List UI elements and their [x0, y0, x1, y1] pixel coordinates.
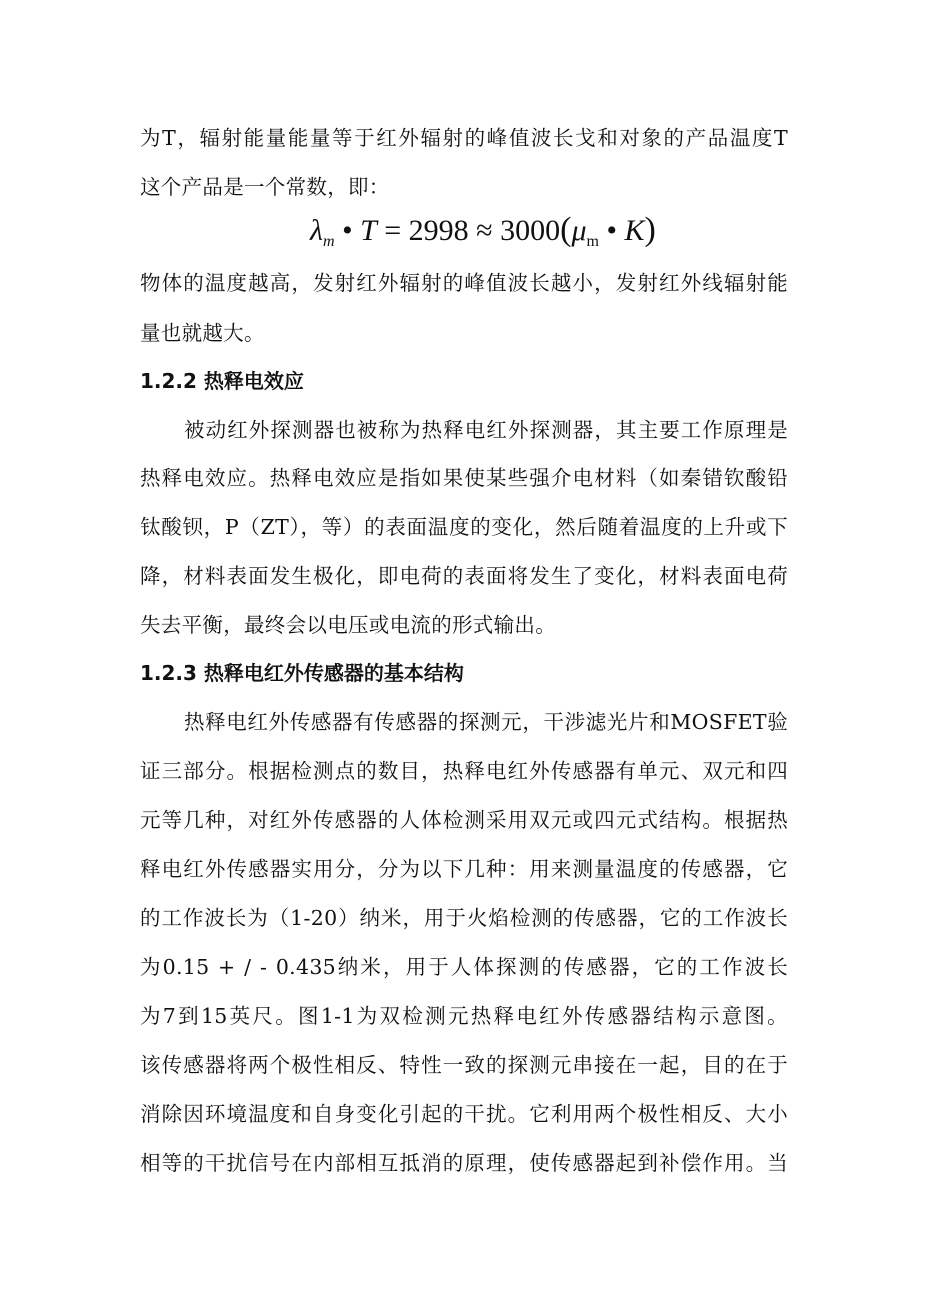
formula-bullet: • — [599, 214, 625, 247]
paragraph-line: 元等几种，对红外传感器的人体检测采用双元或四元式结构。根据热 — [140, 808, 788, 832]
paragraph-line: 热释电红外传感器有传感器的探测元，干涉滤光片和MOSFET验 — [184, 710, 788, 734]
formula-K: K — [625, 214, 645, 247]
section-heading-1-2-3: 1.2.3 热释电红外传感器的基本结构 — [140, 661, 464, 685]
formula-lambda: λ — [310, 214, 323, 247]
paragraph-line: 钛酸钡，P（ZT），等）的表面温度的变化，然后随着温度的上升或下 — [140, 515, 788, 539]
formula-close-paren: ) — [645, 211, 656, 248]
paragraph-line: 该传感器将两个极性相反、特性一致的探测元串接在一起，目的在于 — [140, 1053, 788, 1077]
formula-T: T — [360, 214, 377, 247]
paragraph-line: 被动红外探测器也被称为热释电红外探测器，其主要工作原理是 — [184, 418, 788, 442]
formula-mu: μ — [571, 214, 586, 247]
paragraph-line: 量也就越大。 — [140, 321, 788, 345]
paragraph-line: 消除因环境温度和自身变化引起的干扰。它利用两个极性相反、大小 — [140, 1102, 788, 1126]
formula-bullet: • — [335, 214, 361, 247]
document-page: 为T，辐射能量能量等于红外辐射的峰值波长戈和对象的产品温度T 这个产品是一个常数… — [0, 0, 926, 1309]
wien-law-formula: λm • T = 2998 ≈ 3000(μm • K) — [310, 212, 656, 260]
paragraph-line: 为0.15 + / - 0.435纳米，用于人体探测的传感器，它的工作波长 — [140, 955, 788, 979]
paragraph-line: 的工作波长为（1-20）纳米，用于火焰检测的传感器，它的工作波长 — [140, 906, 788, 930]
formula-mu-subscript: m — [587, 233, 599, 250]
paragraph-line: 物体的温度越高，发射红外辐射的峰值波长越小，发射红外线辐射能 — [140, 271, 788, 295]
paragraph-line: 降，材料表面发生极化，即电荷的表面将发生了变化，材料表面电荷 — [140, 564, 788, 588]
paragraph-line: 失去平衡，最终会以电压或电流的形式输出。 — [140, 613, 788, 637]
formula-open-paren: ( — [560, 211, 571, 248]
paragraph-line: 热释电效应。热释电效应是指如果使某些强介电材料（如秦错钦酸铅 — [140, 466, 788, 490]
paragraph-line: 为7到15英尺。图1-1为双检测元热释电红外传感器结构示意图。 — [140, 1004, 788, 1028]
formula-lambda-subscript: m — [323, 233, 335, 250]
paragraph-line: 相等的干扰信号在内部相互抵消的原理，使传感器起到补偿作用。当 — [140, 1151, 788, 1175]
paragraph-line: 证三部分。根据检测点的数目，热释电红外传感器有单元、双元和四 — [140, 759, 788, 783]
paragraph-line: 为T，辐射能量能量等于红外辐射的峰值波长戈和对象的产品温度T — [140, 126, 788, 150]
paragraph-line: 这个产品是一个常数，即： — [140, 175, 788, 199]
formula-equals: = 2998 ≈ 3000 — [377, 214, 560, 247]
paragraph-line: 释电红外传感器实用分，分为以下几种：用来测量温度的传感器，它 — [140, 857, 788, 881]
section-heading-1-2-2: 1.2.2 热释电效应 — [140, 369, 304, 393]
